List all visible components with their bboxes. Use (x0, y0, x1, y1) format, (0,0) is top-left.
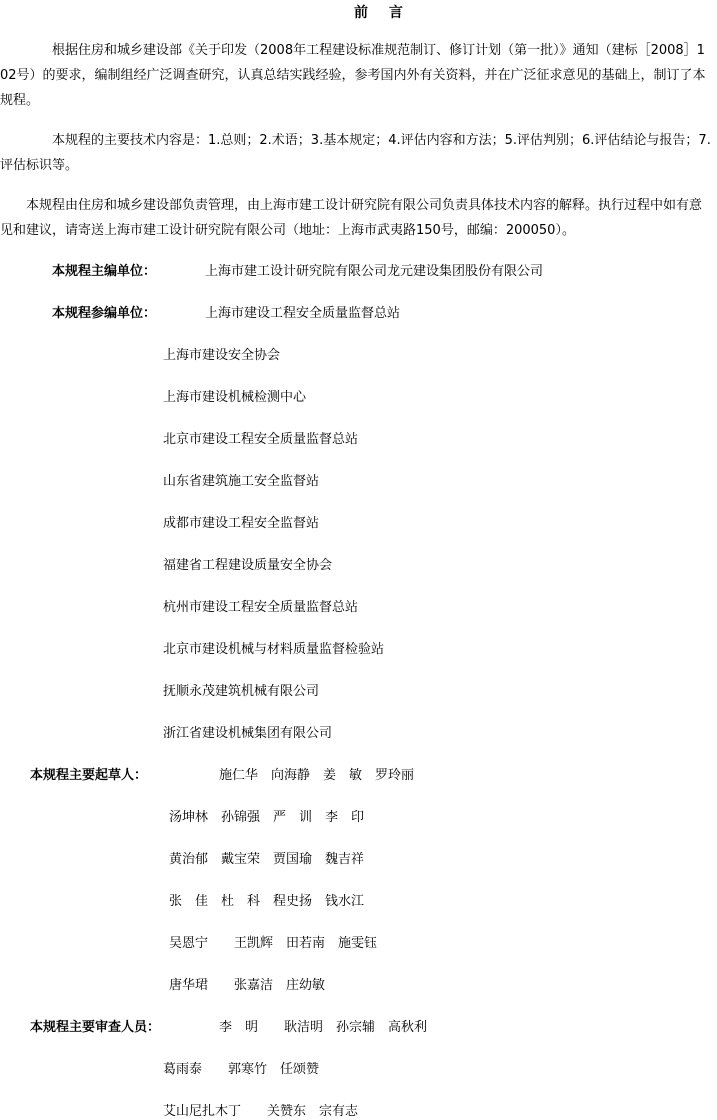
participating-unit: 福建省工程建设质量安全协会 (163, 558, 332, 574)
drafters-row: 黄治郁 戴宝荣 贾国瑜 魏吉祥 (169, 852, 364, 868)
drafters-row: 唐华珺 张嘉洁 庄幼敏 (169, 978, 325, 994)
chief-editor-value: 上海市建工设计研究院有限公司龙元建设集团股份有限公司 (205, 264, 543, 280)
participating-unit: 浙江省建设机械集团有限公司 (163, 726, 332, 742)
chief-editor-label: 本规程主编单位： (52, 264, 156, 280)
reviewers-label: 本规程主要审查人员： (30, 1020, 160, 1036)
page-title: 前 言 (354, 5, 411, 21)
participating-unit: 山东省建筑施工安全监督站 (163, 474, 319, 490)
participating-unit: 上海市建设工程安全质量监督总站 (205, 306, 400, 322)
paragraph-management: 本规程由住房和城乡建设部负责管理，由上海市建工设计研究院有限公司负责具体技术内容… (0, 193, 712, 243)
reviewers-row: 艾山尼扎木丁 关赞东 宗有志 (163, 1104, 358, 1120)
drafters-row: 汤坤林 孙锦强 严 训 李 印 (169, 810, 364, 826)
participating-unit: 上海市建设机械检测中心 (163, 390, 306, 406)
participating-units-label: 本规程参编单位： (52, 306, 156, 322)
paragraph-technical-contents: 本规程的主要技术内容是：1.总则；2.术语；3.基本规定；4.评估内容和方法；5… (0, 128, 712, 178)
drafters-row: 吴恩宁 王凯辉 田若南 施雯钰 (169, 936, 377, 952)
drafters-label: 本规程主要起草人： (30, 768, 147, 784)
participating-unit: 杭州市建设工程安全质量监督总站 (163, 600, 358, 616)
drafters-row: 施仁华 向海静 姜 敏 罗玲丽 (219, 768, 414, 784)
participating-unit: 上海市建设安全协会 (163, 348, 280, 364)
participating-unit: 抚顺永茂建筑机械有限公司 (163, 684, 319, 700)
paragraph-background: 根据住房和城乡建设部《关于印发（2008年工程建设标准规范制订、修订计划（第一批… (0, 38, 712, 113)
reviewers-row: 李 明 耿洁明 孙宗辅 高秋利 (219, 1020, 427, 1036)
participating-unit: 北京市建设工程安全质量监督总站 (163, 432, 358, 448)
drafters-row: 张 佳 杜 科 程史扬 钱水江 (169, 894, 364, 910)
participating-unit: 成都市建设工程安全监督站 (163, 516, 319, 532)
reviewers-row: 葛雨泰 郭寒竹 任颂赞 (163, 1062, 319, 1078)
participating-unit: 北京市建设机械与材料质量监督检验站 (163, 642, 384, 658)
